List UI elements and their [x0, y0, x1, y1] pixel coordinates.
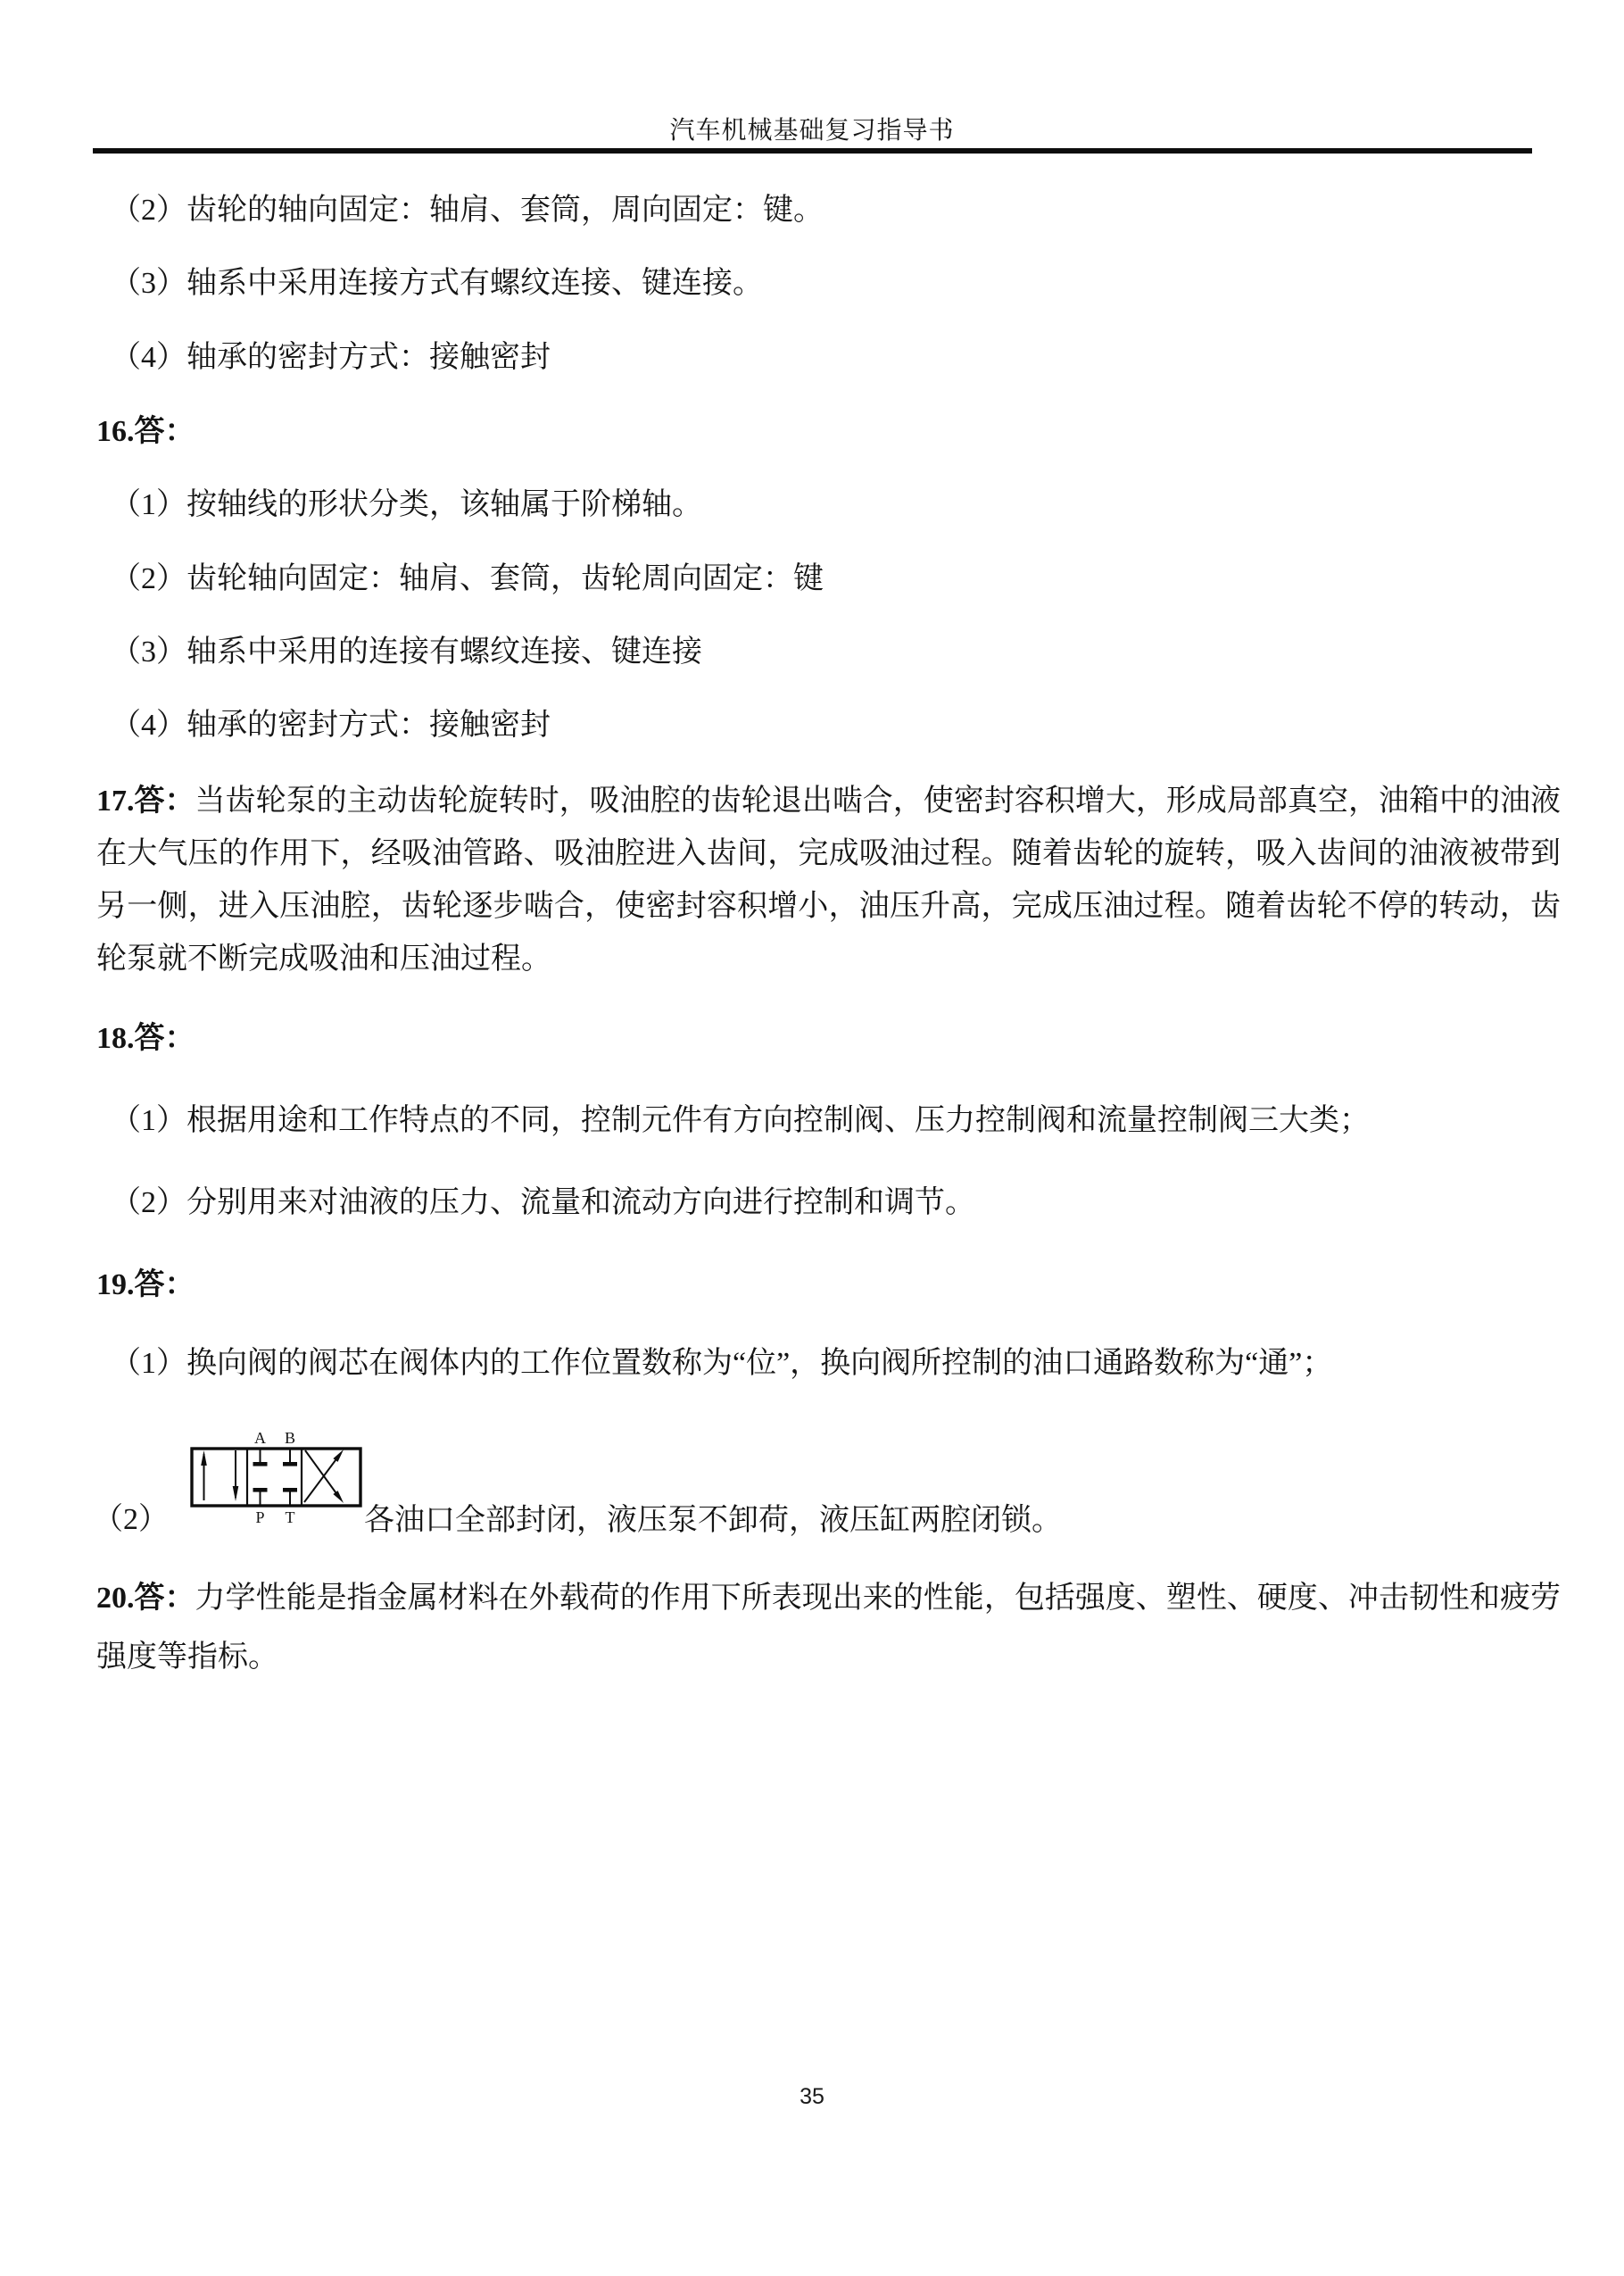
port-label-t: T	[286, 1508, 295, 1526]
port-label-a: A	[254, 1429, 266, 1447]
answer-item: （1）换向阀的阀芯在阀体内的工作位置数称为“位”，换向阀所控制的油口通路数称为“…	[111, 1344, 1332, 1383]
answer20-text: 力学性能是指金属材料在外载荷的作用下所表现出来的性能，包括强度、塑性、硬度、冲击…	[96, 1582, 1561, 1674]
answer-item: （3）轴系中采用的连接有螺纹连接、键连接	[111, 633, 702, 672]
answer-item: （2）齿轮轴向固定：轴肩、套筒，齿轮周向固定：键	[111, 560, 824, 599]
answer17-paragraph: 17.答：当齿轮泵的主动齿轮旋转时，吸油腔的齿轮退出啮合，使密封容积增大，形成局…	[96, 775, 1561, 985]
answer19-label: 19.答：	[96, 1266, 195, 1305]
answer-item: （2）齿轮的轴向固定：轴肩、套筒，周向固定：键。	[111, 191, 824, 230]
blocked-port	[283, 1462, 297, 1466]
answer19-item2-caption: 各油口全部封闭，液压泵不卸荷，液压缸两腔闭锁。	[364, 1501, 1062, 1541]
answer-item: （4）轴承的密封方式：接触密封	[111, 706, 551, 745]
right-position-cross-arrows	[304, 1449, 344, 1503]
blocked-port	[253, 1462, 268, 1466]
header-rule	[93, 148, 1532, 154]
valve-diagram: A B P T	[190, 1426, 364, 1532]
blocked-port	[253, 1488, 268, 1492]
center-position-blocked-ports	[253, 1449, 298, 1506]
page-number: 35	[0, 2083, 1624, 2110]
port-label-b: B	[285, 1429, 295, 1447]
down-arrowhead	[233, 1486, 239, 1501]
up-arrowhead	[201, 1450, 207, 1466]
answer16-label: 16.答：	[96, 412, 195, 452]
answer18-label: 18.答：	[96, 1019, 195, 1059]
answer-item: （2）分别用来对油液的压力、流量和流动方向进行控制和调节。	[111, 1184, 975, 1223]
answer-item: （1）根据用途和工作特点的不同，控制元件有方向控制阀、压力控制阀和流量控制阀三大…	[111, 1101, 1370, 1141]
answer20-paragraph: 20.答：力学性能是指金属材料在外载荷的作用下所表现出来的性能，包括强度、塑性、…	[96, 1569, 1561, 1687]
blocked-port	[283, 1488, 297, 1492]
answer19-item2-label: （2）	[93, 1500, 169, 1540]
document-page: 汽车机械基础复习指导书 （2）齿轮的轴向固定：轴肩、套筒，周向固定：键。 （3）…	[0, 0, 1624, 2276]
answer-item: （4）轴承的密封方式：接触密封	[111, 338, 551, 378]
answer17-label: 17.答：	[96, 785, 195, 818]
answer-item: （3）轴系中采用连接方式有螺纹连接、键连接。	[111, 264, 763, 303]
answer20-label: 20.答：	[96, 1582, 195, 1615]
answer-item: （1）按轴线的形状分类，该轴属于阶梯轴。	[111, 486, 702, 525]
page-header-title: 汽车机械基础复习指导书	[0, 116, 1624, 146]
left-position-arrows	[201, 1450, 238, 1501]
answer17-text: 当齿轮泵的主动齿轮旋转时，吸油腔的齿轮退出啮合，使密封容积增大，形成局部真空，油…	[96, 785, 1561, 976]
port-label-p: P	[255, 1508, 264, 1526]
